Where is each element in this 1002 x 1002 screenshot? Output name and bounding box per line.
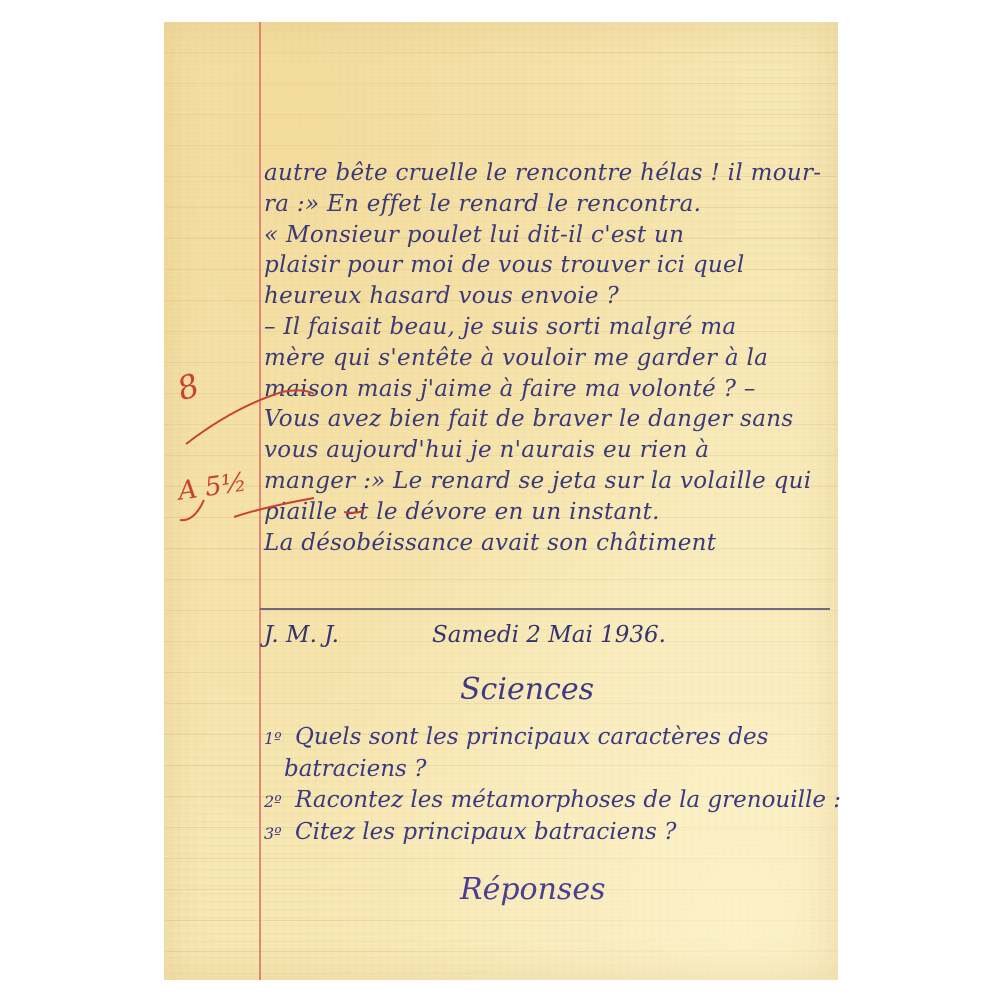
question-text: Quels sont les principaux caractères des	[295, 724, 768, 750]
question-number: 2º	[264, 792, 282, 811]
date: Samedi 2 Mai 1936.	[432, 622, 666, 648]
answers-title: Réponses	[460, 872, 605, 907]
question-item: 3º Citez les principaux batraciens ?	[264, 817, 841, 849]
questions-list: 1º Quels sont les principaux caractères …	[264, 722, 841, 849]
notebook-page: autre bête cruelle le rencontre hélas ! …	[164, 22, 838, 980]
question-number: 3º	[264, 824, 282, 843]
section-title: Sciences	[460, 672, 594, 707]
question-item: 2º Racontez les métamorphoses de la gren…	[264, 785, 841, 817]
question-text: Racontez les métamorphoses de la grenoui…	[295, 787, 841, 813]
initials: J. M. J.	[264, 622, 339, 648]
question-item: 1º Quels sont les principaux caractères …	[264, 722, 841, 754]
section-divider	[260, 608, 830, 610]
question-continuation: batraciens ?	[264, 754, 841, 785]
question-number: 1º	[264, 729, 282, 748]
question-text: Citez les principaux batraciens ?	[295, 819, 676, 845]
